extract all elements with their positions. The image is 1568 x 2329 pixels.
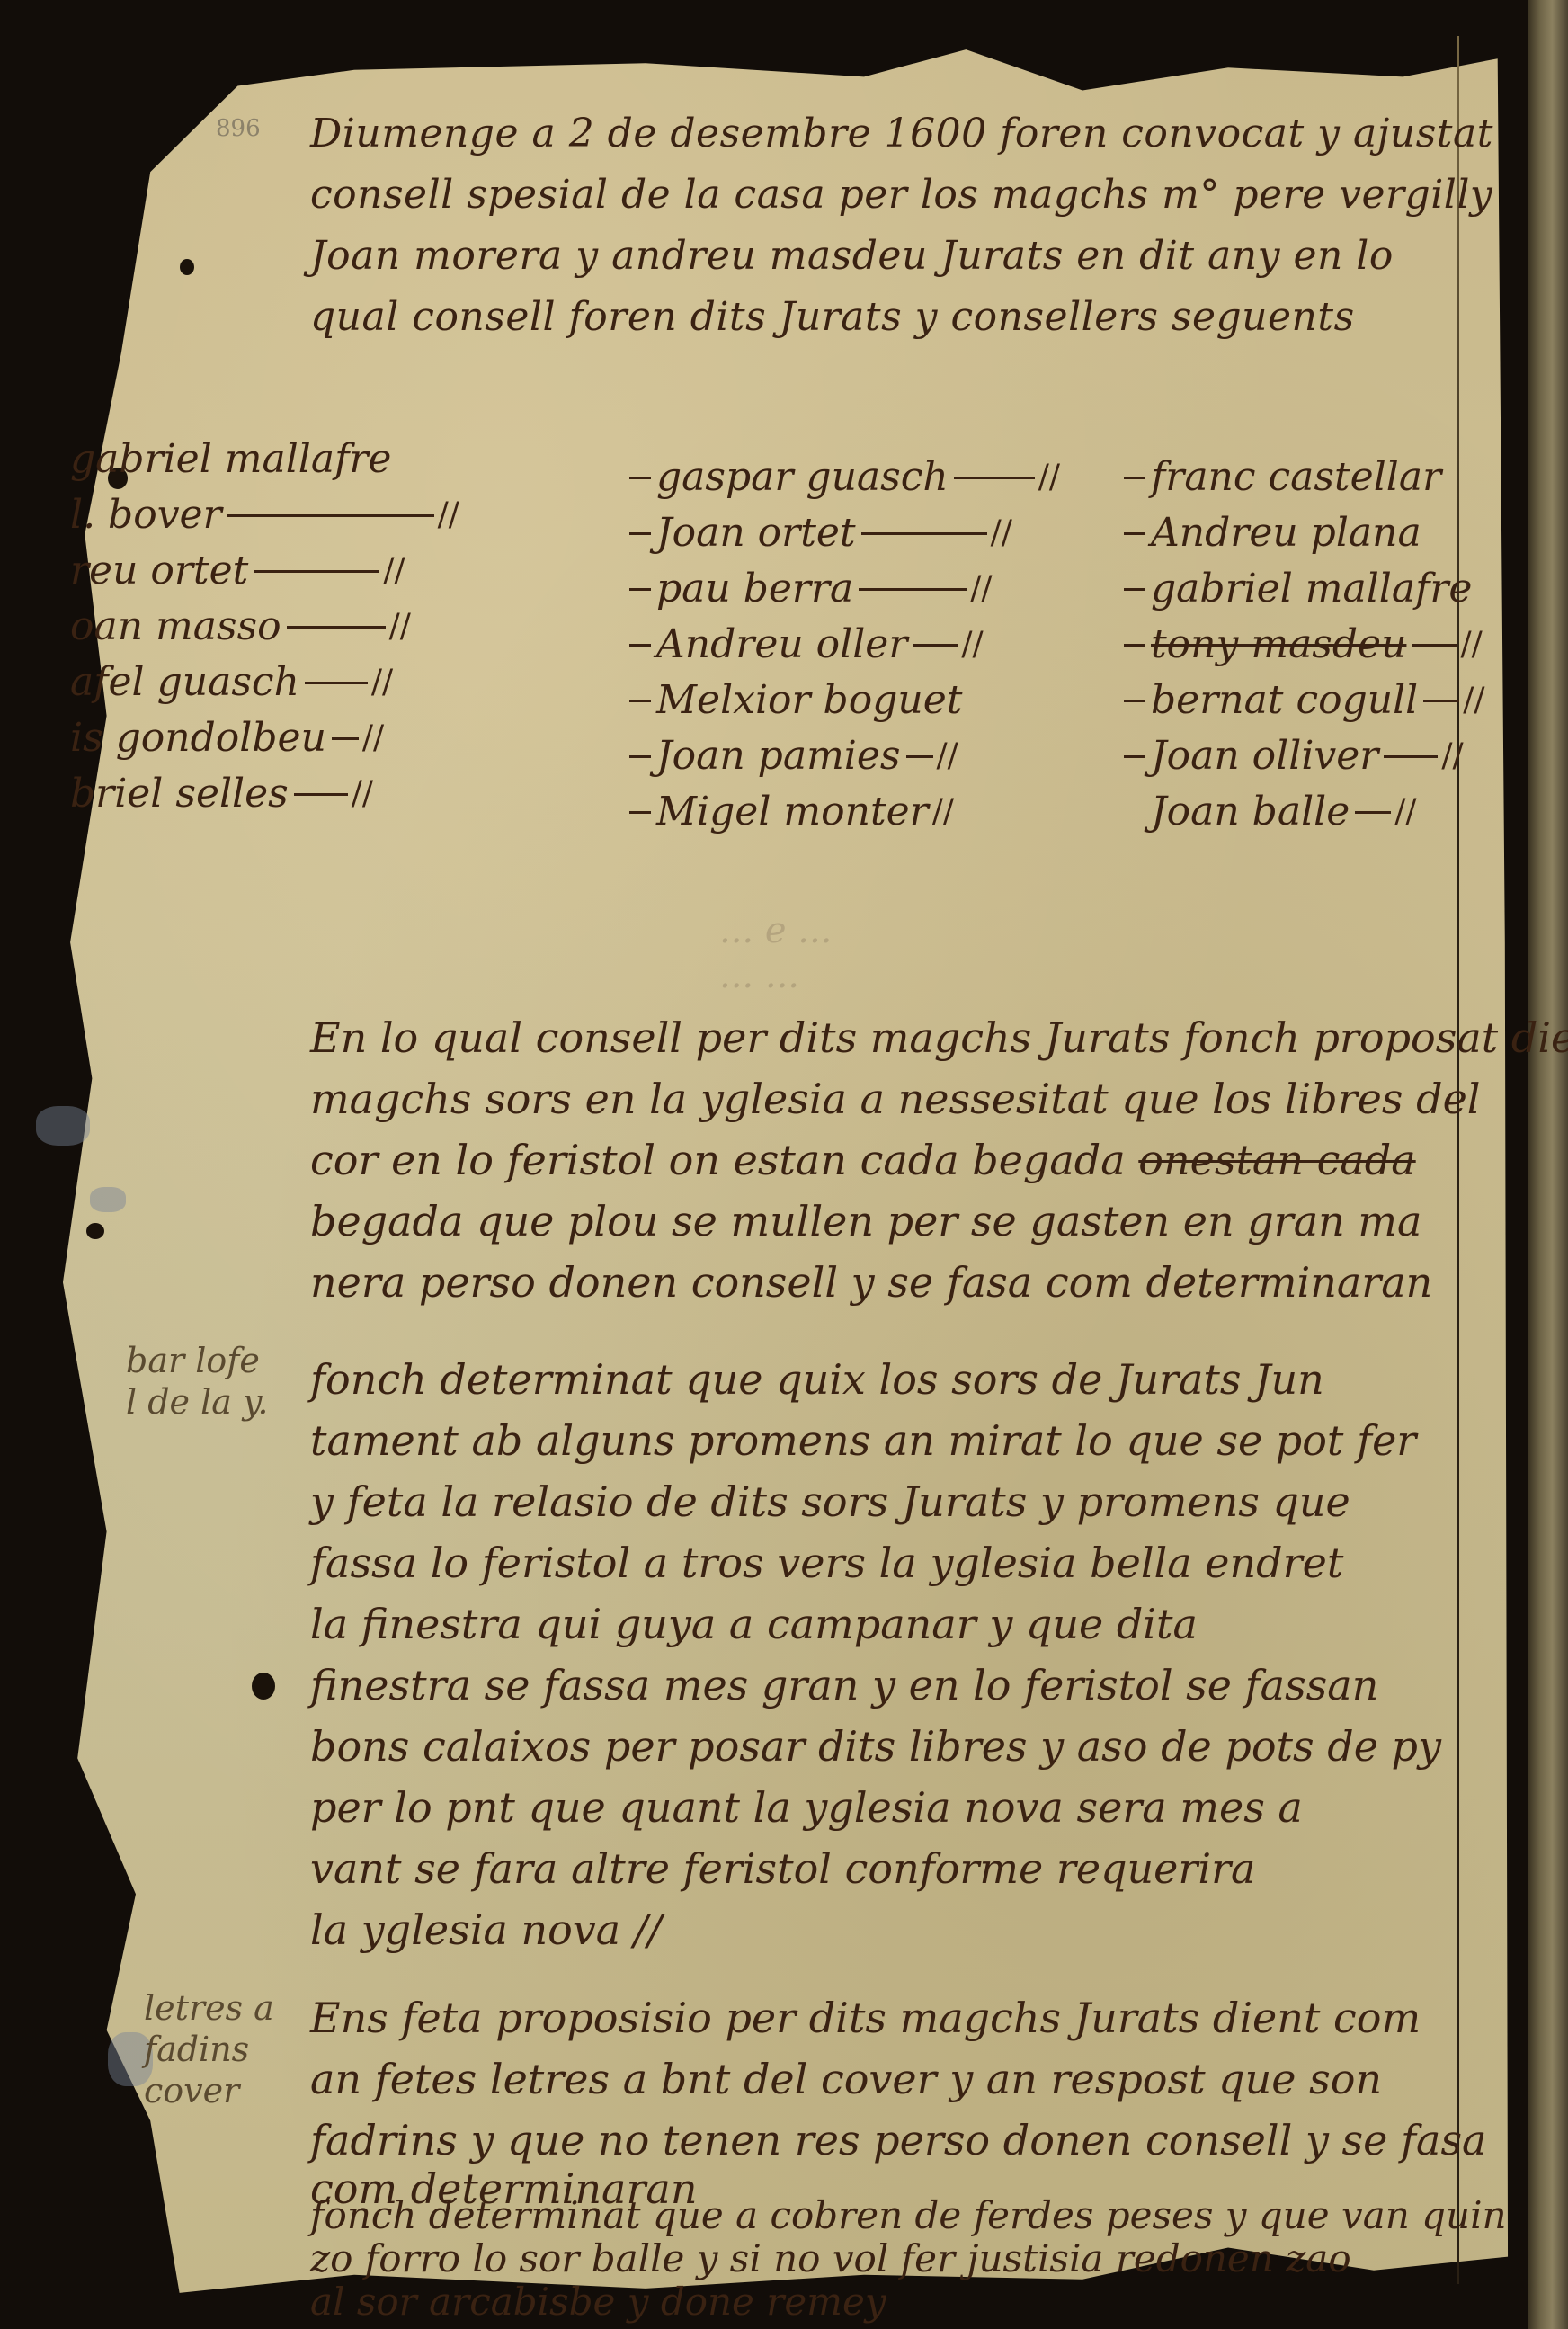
header-line: consell spesial de la casa per los magch… — [310, 165, 1506, 226]
attendee-name: oan masso — [70, 599, 281, 655]
attendee-name: reu ortet — [70, 543, 248, 599]
attendee-entry-struck: tony masdeu// — [1124, 617, 1485, 673]
attendee-entry: Joan pamies// — [629, 728, 1060, 784]
attendee-name: l. bover — [70, 487, 222, 543]
attendance-mark: // — [1394, 784, 1416, 840]
attendee-entry: Migel monter// — [629, 784, 1060, 840]
attendee-entry: Melxior boguet — [629, 673, 1060, 728]
attendees-right-column: franc castellar Andreu plana gabriel mal… — [1124, 450, 1485, 840]
attendee-entry: Joan olliver// — [1124, 728, 1485, 784]
text-line: vant se fara altre feristol conforme req… — [310, 1838, 1515, 1899]
meeting-header: Diumenge a 2 de desembre 1600 foren conv… — [310, 103, 1506, 348]
attendee-name: pau berra — [656, 561, 853, 617]
header-line: Diumenge a 2 de desembre 1600 foren conv… — [310, 103, 1506, 165]
margin-line: l de la y. — [126, 1381, 269, 1423]
text-line: y feta la relasio de dits sors Jurats y … — [310, 1471, 1515, 1532]
margin-line: bar lofe — [126, 1340, 269, 1381]
attendance-mark: // — [932, 784, 954, 840]
attendance-mark: // — [1038, 450, 1060, 505]
attendance-mark: // — [937, 728, 958, 784]
text-line: fadrins y que no tenen res perso donen c… — [310, 2110, 1515, 2171]
attendance-mark: // — [438, 487, 459, 543]
attendee-entry: Andreu plana — [1124, 505, 1485, 561]
attendee-name: Joan balle — [1151, 784, 1350, 840]
attendee-name: Melxior boguet — [656, 673, 962, 728]
header-line: Joan morera y andreu masdeu Jurats en di… — [310, 226, 1506, 287]
ink-blot — [252, 1673, 275, 1700]
attendee-name: franc castellar — [1151, 450, 1441, 505]
water-stain — [90, 1187, 126, 1212]
text-line: la yglesia nova // — [310, 1899, 1515, 1960]
attendee-name: Joan pamies — [656, 728, 901, 784]
attendee-name: gaspar guasch — [656, 450, 949, 505]
attendance-mark: // — [961, 617, 983, 673]
attendee-entry: gaspar guasch// — [629, 450, 1060, 505]
attendee-entry: bernat cogull// — [1124, 673, 1485, 728]
attendee-name: gabriel mallafre — [1151, 561, 1472, 617]
text-line: Ens feta proposisio per dits magchs Jura… — [310, 1987, 1515, 2048]
text-line: fonch determinat que quix los sors de Ju… — [310, 1349, 1515, 1410]
attendee-entry: gabriel mallafre — [70, 432, 459, 487]
text-line: zo forro lo sor balle y si no vol fer ju… — [310, 2237, 1515, 2280]
faded-line: ... ... — [719, 953, 832, 998]
attendance-mark: // — [389, 599, 411, 655]
attendee-entry: afel guasch// — [70, 655, 459, 710]
folio-number: 896 — [216, 115, 261, 142]
proposal-paragraph-2: Ens feta proposisio per dits magchs Jura… — [310, 1987, 1515, 2207]
attendee-name: bernat cogull — [1151, 673, 1418, 728]
text-line: En lo qual consell per dits magchs Jurat… — [310, 1007, 1515, 1068]
attendance-mark: // — [1463, 673, 1484, 728]
attendee-entry: l. bover// — [70, 487, 459, 543]
attendee-name: briel selles — [70, 766, 289, 822]
attendee-entry: briel selles// — [70, 766, 459, 822]
margin-line: fadins — [144, 2029, 274, 2070]
attendee-entry: reu ortet// — [70, 543, 459, 599]
text-line: al sor arcabisbe y done remey — [310, 2280, 1515, 2324]
text-line: per lo pnt que quant la yglesia nova ser… — [310, 1777, 1515, 1838]
attendee-name: afel guasch — [70, 655, 299, 710]
attendance-mark: // — [1460, 617, 1482, 673]
text-line: nera perso donen consell y se fasa com d… — [310, 1252, 1515, 1313]
text-line: la finestra qui guya a campanar y que di… — [310, 1593, 1515, 1655]
text-line: bons calaixos per posar dits libres y as… — [310, 1716, 1515, 1777]
text-line: fonch determinat que a cobren de ferdes … — [310, 2194, 1515, 2237]
margin-note-1: bar lofe l de la y. — [126, 1340, 269, 1423]
text-line: fassa lo feristol a tros vers la yglesia… — [310, 1532, 1515, 1593]
attendee-name: Andreu plana — [1151, 505, 1421, 561]
attendance-mark: // — [383, 543, 405, 599]
ink-blot — [180, 259, 194, 275]
struck-text: onestan cada — [1138, 1136, 1415, 1184]
attendance-mark: // — [1441, 728, 1463, 784]
attendee-name: is gondolbeu — [70, 710, 326, 766]
attendee-name: gabriel mallafre — [70, 432, 391, 487]
attendance-mark: // — [352, 766, 373, 822]
attendee-entry: pau berra// — [629, 561, 1060, 617]
attendee-entry: Joan balle// — [1124, 784, 1485, 840]
margin-line: cover — [144, 2070, 274, 2111]
attendee-entry: gabriel mallafre — [1124, 561, 1485, 617]
adjacent-page-edge — [1528, 0, 1568, 2329]
attendee-entry: is gondolbeu// — [70, 710, 459, 766]
text-line: finestra se fassa mes gran y en lo feris… — [310, 1655, 1515, 1716]
attendee-name: tony masdeu — [1151, 617, 1406, 673]
attendee-entry: franc castellar — [1124, 450, 1485, 505]
determination-paragraph-1: fonch determinat que quix los sors de Ju… — [310, 1349, 1515, 1960]
header-line: qual consell foren dits Jurats y consell… — [310, 287, 1506, 348]
faded-line: ... e ... — [719, 908, 832, 953]
text-line: an fetes letres a bnt del cover y an res… — [310, 2048, 1515, 2110]
attendee-name: Joan olliver — [1151, 728, 1378, 784]
attendee-entry: Andreu oller// — [629, 617, 1060, 673]
attendance-mark: // — [362, 710, 384, 766]
attendees-middle-column: gaspar guasch// Joan ortet// pau berra//… — [629, 450, 1060, 840]
attendee-entry: Joan ortet// — [629, 505, 1060, 561]
proposal-paragraph-1: En lo qual consell per dits magchs Jurat… — [310, 1007, 1515, 1313]
attendance-mark: // — [371, 655, 393, 710]
water-stain — [36, 1106, 90, 1146]
attendee-entry: oan masso// — [70, 599, 459, 655]
attendee-name: Joan ortet — [656, 505, 856, 561]
attendees-left-column: gabriel mallafre l. bover// reu ortet// … — [70, 432, 459, 822]
determination-paragraph-2: fonch determinat que a cobren de ferdes … — [310, 2194, 1515, 2324]
attendance-mark: // — [970, 561, 992, 617]
margin-line: letres a — [144, 1987, 274, 2029]
faded-annotation: ... e ... ... ... — [719, 908, 832, 998]
attendee-name: Andreu oller — [656, 617, 907, 673]
attendee-name: Migel monter — [656, 784, 929, 840]
text-line: cor en lo feristol on estan cada begada … — [310, 1129, 1515, 1191]
text-line: begada que plou se mullen per se gasten … — [310, 1191, 1515, 1252]
text-line: magchs sors en la yglesia a nessesitat q… — [310, 1068, 1515, 1129]
margin-note-2: letres a fadins cover — [144, 1987, 274, 2111]
ink-blot — [86, 1223, 104, 1239]
attendance-mark: // — [991, 505, 1012, 561]
text-span: cor en lo feristol on estan cada begada — [310, 1136, 1126, 1184]
text-line: tament ab alguns promens an mirat lo que… — [310, 1410, 1515, 1471]
